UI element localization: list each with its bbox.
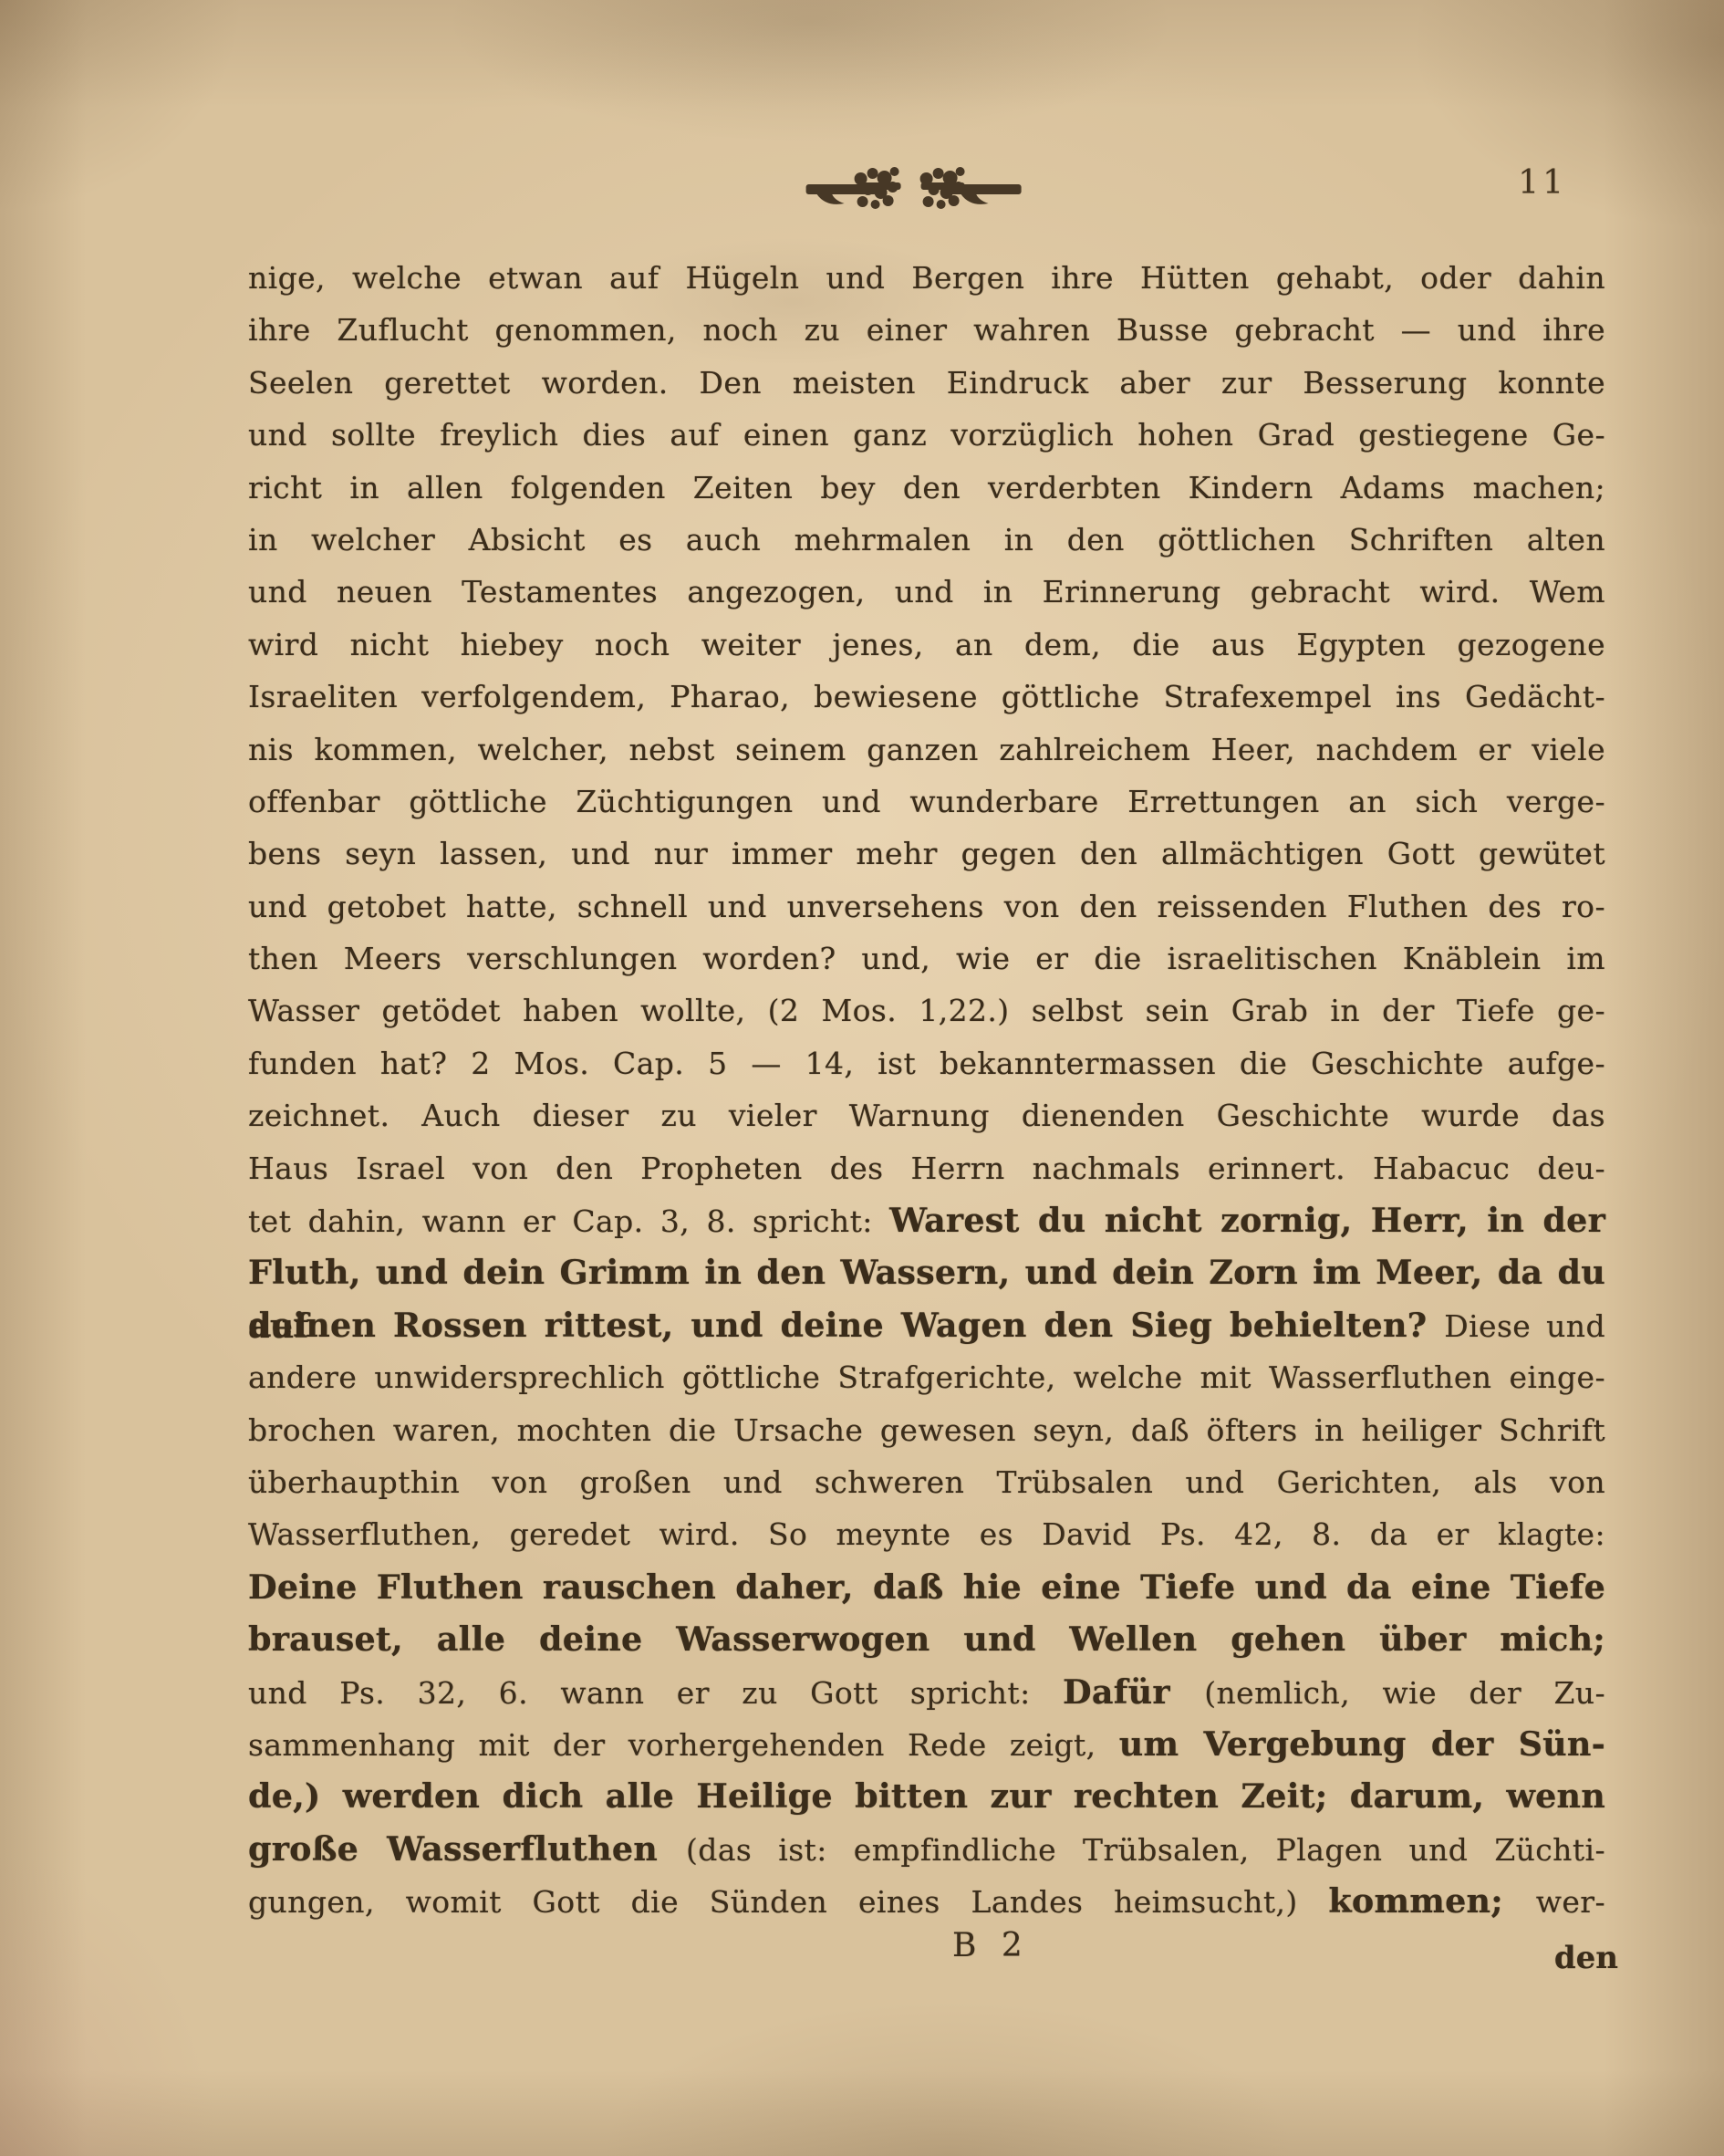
text-line: Fluth, und dein Grimm in den Wassern, un… [248,1246,1605,1298]
text-line: brauset, alle deine Wasserwogen und Well… [248,1613,1605,1665]
text-line: offenbar göttliche Züchtigungen und wund… [248,776,1605,828]
scripture-quote-segment: deinen Rossen rittest, und deine Wagen d… [248,1306,1444,1345]
text-segment: Wasserfluthen, geredet wird. So meynte e… [248,1516,1605,1552]
text-segment: und sollte freylich dies auf einen ganz … [248,417,1605,453]
text-segment: wird nicht hiebey noch weiter jenes, an … [248,627,1605,662]
text-line: richt in allen folgenden Zeiten bey den … [248,462,1605,514]
page-footer: B 2 den [248,1927,1605,1991]
text-segment: offenbar göttliche Züchtigungen und wund… [248,784,1605,819]
text-line: große Wasserfluthen (das ist: empfindlic… [248,1823,1605,1875]
text-segment: sammenhang mit der vorhergehenden Rede z… [248,1727,1119,1763]
text-line: sammenhang mit der vorhergehenden Rede z… [248,1718,1605,1770]
text-segment: Wasser getödet haben wollte, (2 Mos. 1,2… [248,993,1605,1028]
text-line: gungen, womit Gott die Sünden eines Land… [248,1875,1605,1927]
text-segment: nige, welche etwan auf Hügeln und Bergen… [248,260,1605,296]
text-segment: brochen waren, mochten die Ursache gewes… [248,1412,1605,1448]
text-line: und sollte freylich dies auf einen ganz … [248,409,1605,461]
text-line: funden hat? 2 Mos. Cap. 5 — 14, ist beka… [248,1037,1605,1089]
text-line: andere unwidersprechlich göttliche Straf… [248,1351,1605,1403]
scripture-quote-segment: Warest du nicht zornig, Herr, in der [889,1201,1605,1240]
text-line: und getobet hatte, schnell und unversehe… [248,880,1605,932]
text-segment: (nemlich, wie der Zu- [1204,1675,1605,1711]
body-text: nige, welche etwan auf Hügeln und Bergen… [248,252,1605,1928]
text-line: Deine Fluthen rauschen daher, daß hie ei… [248,1561,1605,1613]
text-line: und Ps. 32, 6. wann er zu Gott spricht: … [248,1666,1605,1718]
scripture-quote-segment: kommen; [1328,1881,1535,1921]
page-header: 11 [248,157,1605,230]
text-segment: bens seyn lassen, und nur immer mehr geg… [248,836,1605,871]
scripture-quote-segment: de,) werden dich alle Heilige bitten zur… [248,1776,1605,1816]
text-line: zeichnet. Auch dieser zu vieler Warnung … [248,1089,1605,1141]
text-segment: andere unwidersprechlich göttliche Straf… [248,1359,1605,1395]
text-line: de,) werden dich alle Heilige bitten zur… [248,1770,1605,1822]
text-line: Seelen gerettet worden. Den meisten Eind… [248,357,1605,409]
scripture-quote-segment: Deine Fluthen rauschen daher, daß hie ei… [248,1568,1605,1607]
text-segment: ihre Zuflucht genommen, noch zu einer wa… [248,312,1605,348]
text-segment: wer- [1536,1884,1605,1920]
book-page: 11 nige, welche etwan auf Hügeln und Ber… [0,0,1724,2156]
text-segment: in welcher Absicht es auch mehrmalen in … [248,522,1605,557]
text-segment: Diese und [1444,1308,1605,1344]
catchword: den [1554,1940,1618,1976]
text-line: nis kommen, welcher, nebst seinem ganzen… [248,724,1605,776]
signature-mark: B 2 [952,1927,1030,1964]
text-line: Wasser getödet haben wollte, (2 Mos. 1,2… [248,984,1605,1036]
text-segment: und getobet hatte, schnell und unversehe… [248,889,1605,924]
text-segment: gungen, womit Gott die Sünden eines Land… [248,1884,1328,1920]
text-segment: funden hat? 2 Mos. Cap. 5 — 14, ist beka… [248,1046,1605,1081]
text-line: Haus Israel von den Propheten des Herrn … [248,1142,1605,1194]
text-line: Israeliten verfolgendem, Pharao, bewiese… [248,671,1605,723]
text-segment: Israeliten verfolgendem, Pharao, bewiese… [248,679,1605,714]
scripture-quote-segment: brauset, alle deine Wasserwogen und Well… [248,1620,1605,1659]
text-line: in welcher Absicht es auch mehrmalen in … [248,514,1605,566]
text-line: wird nicht hiebey noch weiter jenes, an … [248,619,1605,671]
text-segment: Seelen gerettet worden. Den meisten Eind… [248,365,1605,401]
scripture-quote-segment: um Vergebung der Sün- [1119,1724,1605,1764]
text-segment: Haus Israel von den Propheten des Herrn … [248,1151,1605,1186]
text-line: deinen Rossen rittest, und deine Wagen d… [248,1299,1605,1351]
text-line: then Meers verschlungen worden? und, wie… [248,932,1605,984]
fleuron-icon [805,162,1023,221]
text-segment: und Ps. 32, 6. wann er zu Gott spricht: [248,1675,1063,1711]
text-segment: nis kommen, welcher, nebst seinem ganzen… [248,732,1605,767]
text-line: brochen waren, mochten die Ursache gewes… [248,1404,1605,1456]
text-segment: zeichnet. Auch dieser zu vieler Warnung … [248,1098,1605,1133]
text-line: Wasserfluthen, geredet wird. So meynte e… [248,1508,1605,1560]
text-segment: und neuen Testamentes angezogen, und in … [248,574,1605,609]
text-line: und neuen Testamentes angezogen, und in … [248,566,1605,618]
text-line: überhaupthin von großen und schweren Trü… [248,1456,1605,1508]
text-segment: überhaupthin von großen und schweren Trü… [248,1464,1605,1500]
text-line: tet dahin, wann er Cap. 3, 8. spricht: W… [248,1194,1605,1246]
text-line: nige, welche etwan auf Hügeln und Bergen… [248,252,1605,304]
scripture-quote-segment: große Wasserfluthen [248,1829,686,1869]
text-line: bens seyn lassen, und nur immer mehr geg… [248,828,1605,880]
text-line: ihre Zuflucht genommen, noch zu einer wa… [248,304,1605,356]
text-segment: then Meers verschlungen worden? und, wie… [248,941,1605,976]
page-number: 11 [1518,164,1567,202]
text-segment: (das ist: empfindliche Trübsalen, Plagen… [686,1832,1605,1868]
text-segment: tet dahin, wann er Cap. 3, 8. spricht: [248,1203,889,1239]
scripture-quote-segment: Dafür [1063,1672,1204,1712]
text-segment: richt in allen folgenden Zeiten bey den … [248,470,1605,505]
